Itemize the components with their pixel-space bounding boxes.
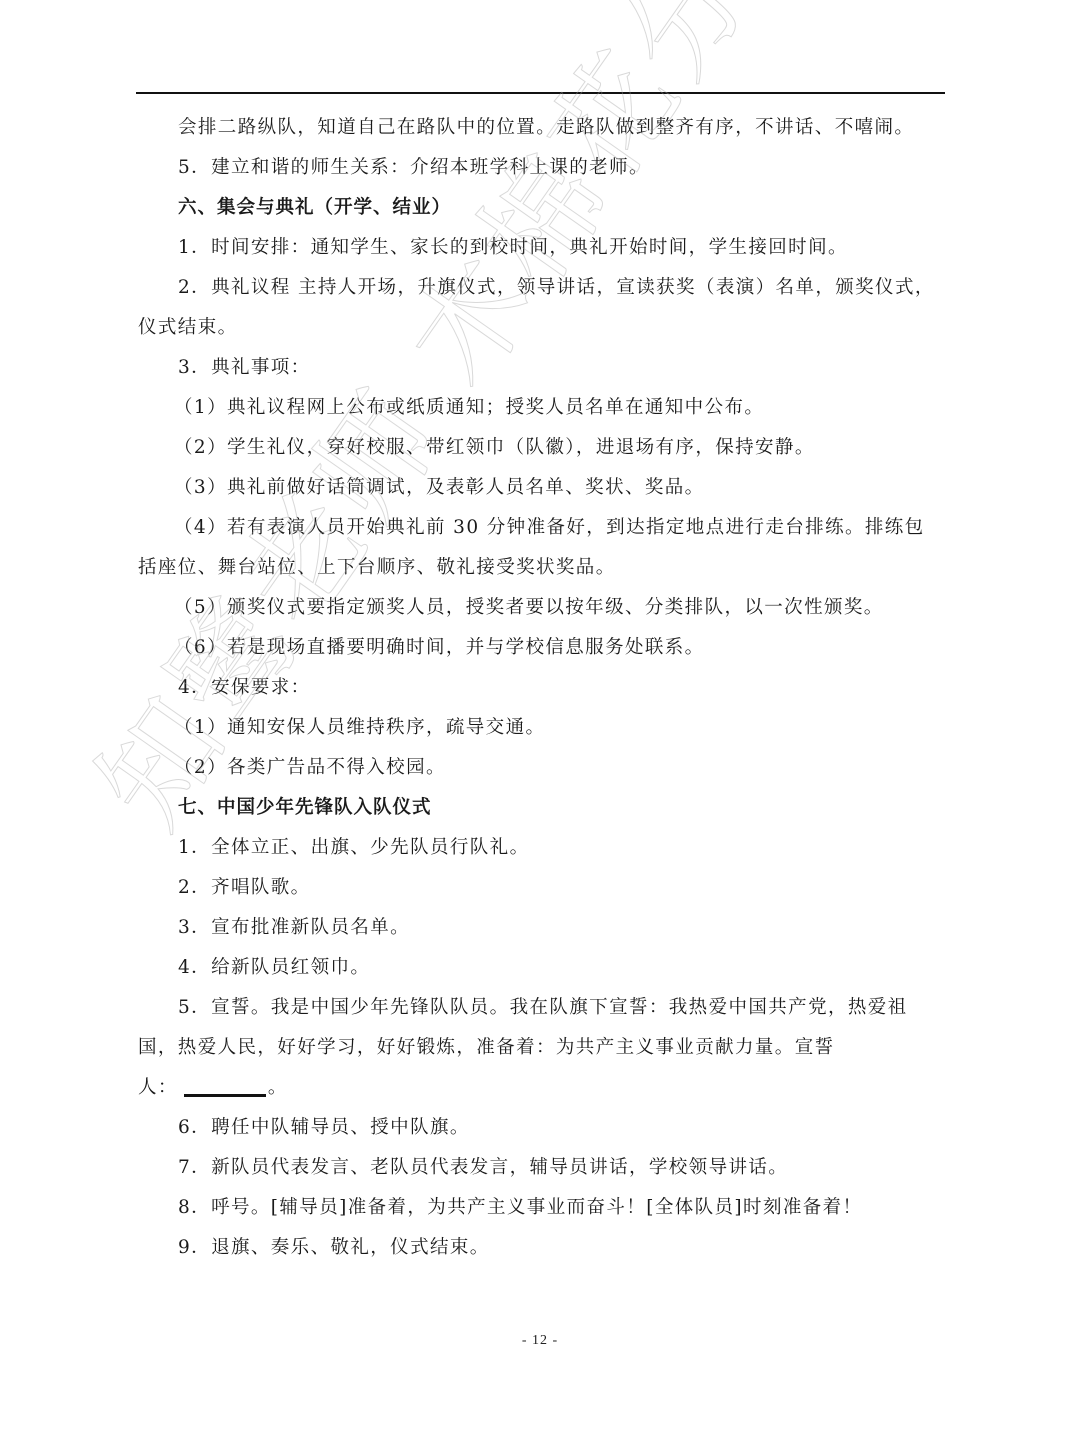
paragraph-line: 国，热爱人民，好好学习，好好锻炼，准备着：为共产主义事业贡献力量。宣誓	[138, 1028, 835, 1068]
sub-list-item: （2）学生礼仪，穿好校服、带红领巾（队徽），进退场有序，保持安静。	[174, 428, 815, 468]
sub-list-item: （1）典礼议程网上公布或纸质通知；授奖人员名单在通知中公布。	[174, 388, 764, 428]
document-page: 会排二路纵队，知道自己在路队中的位置。走路队做到整齐有序，不讲话、不嘻闹。 5．…	[0, 0, 1080, 1439]
sub-list-item: （1）通知安保人员维持秩序，疏导交通。	[174, 708, 545, 748]
sub-list-item: （4）若有表演人员开始典礼前 30 分钟准备好，到达指定地点进行走台排练。排练包	[174, 508, 925, 548]
list-item: 7．新队员代表发言、老队员代表发言，辅导员讲话，学校领导讲话。	[178, 1148, 788, 1188]
list-item: 6．聘任中队辅导员、授中队旗。	[178, 1108, 470, 1148]
paragraph-line: 仪式结束。	[138, 308, 238, 348]
section-heading: 七、中国少年先锋队入队仪式	[178, 788, 432, 828]
list-item: 1．全体立正、出旗、少先队员行队礼。	[178, 828, 529, 868]
list-item: 4．给新队员红领巾。	[178, 948, 370, 988]
sub-list-item: （3）典礼前做好话筒调试，及表彰人员名单、奖状、奖品。	[174, 468, 705, 508]
list-item: 8．呼号。[辅导员]准备着，为共产主义事业而奋斗！[全体队员]时刻准备着！	[178, 1188, 862, 1228]
list-item: 5．宣誓。我是中国少年先锋队队员。我在队旗下宣誓：我热爱中国共产党，热爱祖	[178, 988, 908, 1028]
signature-blank	[184, 1094, 266, 1097]
list-item: 2．典礼议程 主持人开场，升旗仪式，领导讲话，宣读获奖（表演）名单，颁奖仪式，	[178, 268, 935, 308]
oath-signature-label: 人：	[138, 1077, 178, 1098]
sub-list-item: （6）若是现场直播要明确时间，并与学校信息服务处联系。	[174, 628, 705, 668]
list-item: 5．建立和谐的师生关系：介绍本班学科上课的老师。	[178, 148, 649, 188]
list-item: 4．安保要求：	[178, 668, 311, 708]
list-item: 2．齐唱队歌。	[178, 868, 311, 908]
oath-signature-line: 人：。	[138, 1068, 288, 1108]
list-item: 3．宣布批准新队员名单。	[178, 908, 410, 948]
list-item: 1．时间安排：通知学生、家长的到校时间，典礼开始时间，学生接回时间。	[178, 228, 848, 268]
paragraph-line: 括座位、舞台站位、上下台顺序、敬礼接受奖状奖品。	[138, 548, 616, 588]
list-item: 3．典礼事项：	[178, 348, 311, 388]
sub-list-item: （5）颁奖仪式要指定颁奖人员，授奖者要以按年级、分类排队，以一次性颁奖。	[174, 588, 884, 628]
header-rule	[136, 92, 945, 94]
page-number: - 12 -	[0, 1333, 1080, 1349]
section-heading: 六、集会与典礼（开学、结业）	[178, 188, 451, 228]
sub-list-item: （2）各类广告品不得入校园。	[174, 748, 446, 788]
paragraph-line: 会排二路纵队，知道自己在路队中的位置。走路队做到整齐有序，不讲话、不嘻闹。	[178, 108, 914, 148]
signature-suffix: 。	[268, 1077, 288, 1098]
list-item: 9．退旗、奏乐、敬礼，仪式结束。	[178, 1228, 490, 1268]
